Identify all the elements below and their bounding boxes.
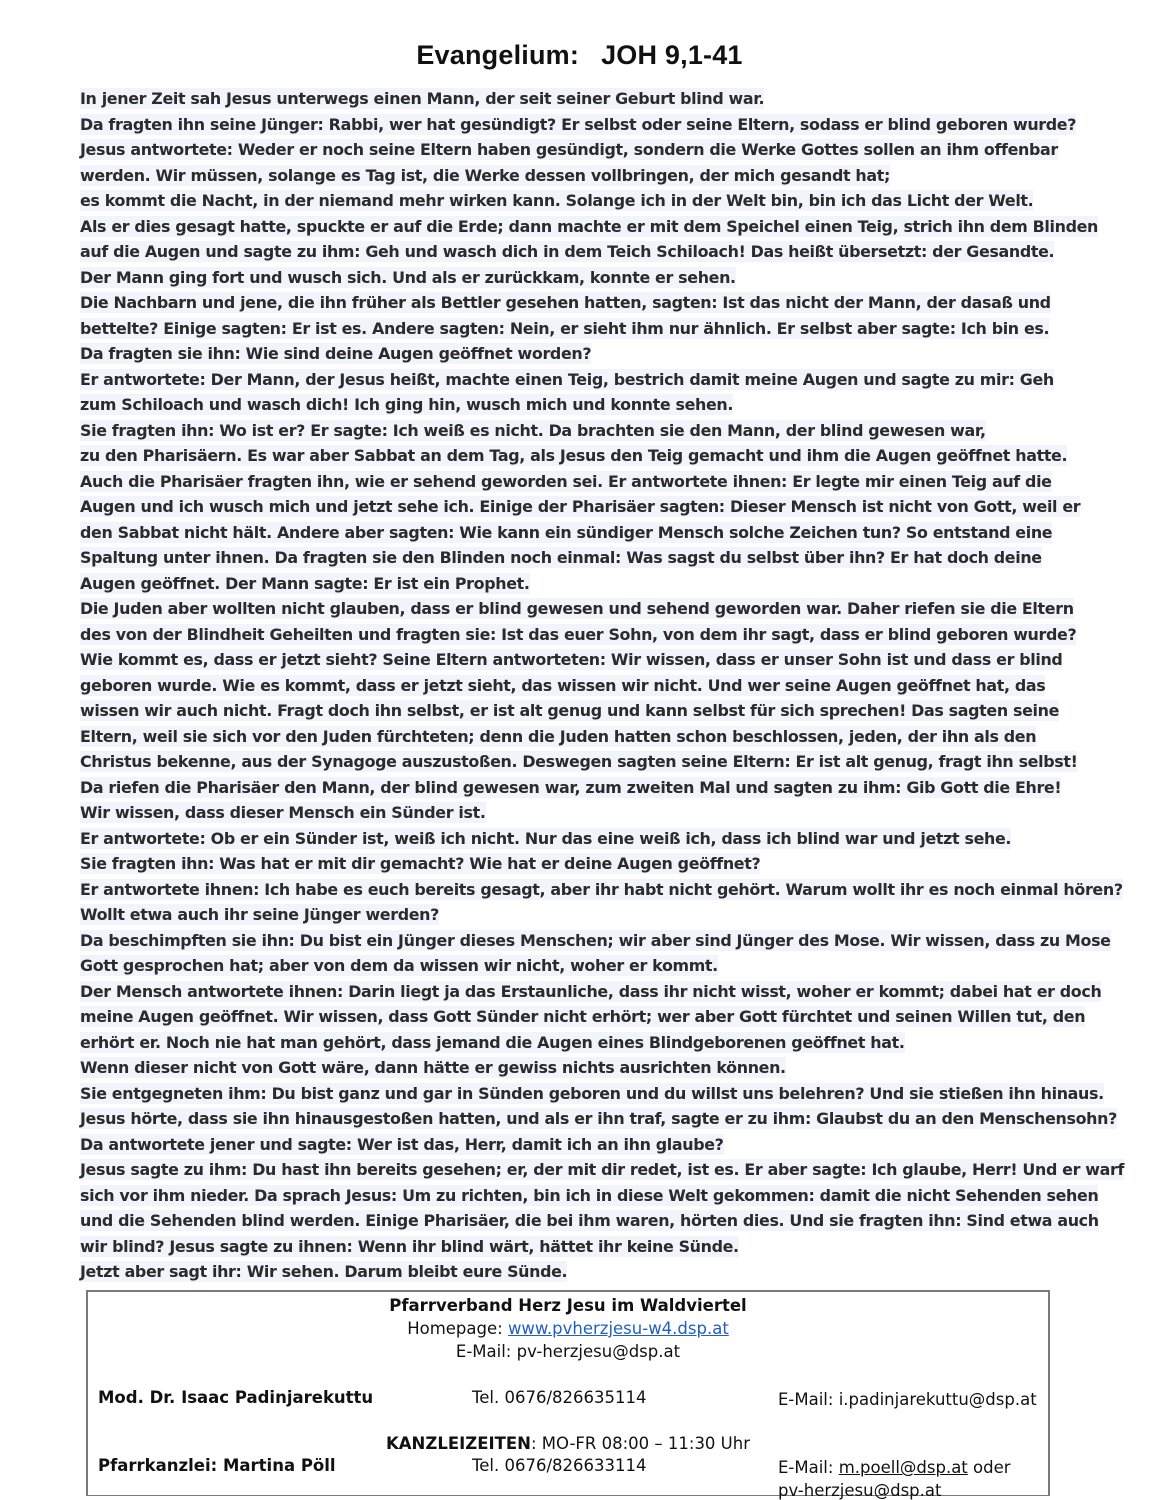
gospel-line-text: Die Nachbarn und jene, die ihn früher al… [80,292,1051,313]
office-tel: Tel. 0676/826633114 [472,1456,647,1475]
gospel-line: Wollt etwa auch ihr seine Jünger werden? [80,902,1140,928]
moderator-name: Mod. Dr. Isaac Padinjarekuttu [98,1388,373,1407]
office-email-suffix: oder [968,1458,1011,1477]
gospel-line-text: wissen wir auch nicht. Fragt doch ihn se… [80,700,1059,721]
gospel-line-text: den Sabbat nicht hält. Andere aber sagte… [80,522,1052,543]
gospel-line-text: erhört er. Noch nie hat man gehört, dass… [80,1032,905,1053]
gospel-line-text: geboren wurde. Wie es kommt, dass er jet… [80,675,1045,696]
gospel-line: und die Sehenden blind werden. Einige Ph… [80,1208,1140,1234]
gospel-line-text: Sie entgegneten ihm: Du bist ganz und ga… [80,1083,1104,1104]
gospel-line-text: Wie kommt es, dass er jetzt sieht? Seine… [80,649,1062,670]
gospel-line-text: Jetzt aber sagt ihr: Wir sehen. Darum bl… [80,1261,567,1282]
gospel-line: Sie fragten ihn: Wo ist er? Er sagte: Ic… [80,418,1140,444]
gospel-line: geboren wurde. Wie es kommt, dass er jet… [80,673,1140,699]
gospel-line: Christus bekenne, aus der Synagoge auszu… [80,749,1140,775]
gospel-line: werden. Wir müssen, solange es Tag ist, … [80,163,1140,189]
gospel-line-text: zum Schiloach und wasch dich! Ich ging h… [80,394,733,415]
gospel-line: auf die Augen und sagte zu ihm: Geh und … [80,239,1140,265]
gospel-line: Da antwortete jener und sagte: Wer ist d… [80,1132,1140,1158]
gospel-line: Der Mensch antwortete ihnen: Darin liegt… [80,979,1140,1005]
gospel-line: Jesus antwortete: Weder er noch seine El… [80,137,1140,163]
gospel-line-text: Sie fragten ihn: Was hat er mit dir gema… [80,853,760,874]
gospel-line: Jesus sagte zu ihm: Du hast ihn bereits … [80,1157,1140,1183]
gospel-line-text: bettelte? Einige sagten: Er ist es. Ande… [80,318,1049,339]
gospel-line-text: Die Juden aber wollten nicht glauben, da… [80,598,1074,619]
gospel-line-text: Er antwortete: Der Mann, der Jesus heißt… [80,369,1054,390]
gospel-line-text: Da fragten ihn seine Jünger: Rabbi, wer … [80,114,1076,135]
gospel-line: Augen geöffnet. Der Mann sagte: Er ist e… [80,571,1140,597]
gospel-line-text: Augen und ich wusch mich und jetzt sehe … [80,496,1080,517]
gospel-line: Da beschimpften sie ihn: Du bist ein Jün… [80,928,1140,954]
gospel-line: Wenn dieser nicht von Gott wäre, dann hä… [80,1055,1140,1081]
gospel-line-text: Christus bekenne, aus der Synagoge auszu… [80,751,1077,772]
gospel-line-text: und die Sehenden blind werden. Einige Ph… [80,1210,1099,1231]
gospel-line: Da riefen die Pharisäer den Mann, der bl… [80,775,1140,801]
gospel-line-text: Wollt etwa auch ihr seine Jünger werden? [80,904,439,925]
gospel-line-text: Sie fragten ihn: Wo ist er? Er sagte: Ic… [80,420,986,441]
gospel-line: Die Juden aber wollten nicht glauben, da… [80,596,1140,622]
gospel-line: Augen und ich wusch mich und jetzt sehe … [80,494,1140,520]
gospel-line: Sie entgegneten ihm: Du bist ganz und ga… [80,1081,1140,1107]
gospel-line-text: es kommt die Nacht, in der niemand mehr … [80,190,1033,211]
gospel-line: Die Nachbarn und jene, die ihn früher al… [80,290,1140,316]
office-email-alt: pv-herzjesu@dsp.at [778,1481,941,1500]
gospel-line-text: sich vor ihm nieder. Da sprach Jesus: Um… [80,1185,1098,1206]
org-email: E-Mail: pv-herzjesu@dsp.at [88,1342,1048,1361]
gospel-line: erhört er. Noch nie hat man gehört, dass… [80,1030,1140,1056]
moderator-email: E-Mail: i.padinjarekuttu@dsp.at [778,1388,1037,1411]
gospel-line-text: Der Mensch antwortete ihnen: Darin liegt… [80,981,1101,1002]
gospel-line: es kommt die Nacht, in der niemand mehr … [80,188,1140,214]
office-email: E-Mail: m.poell@dsp.at oder pv-herzjesu@… [778,1456,1011,1500]
gospel-text: In jener Zeit sah Jesus unterwegs einen … [80,86,1140,1285]
gospel-line-text: Der Mann ging fort und wusch sich. Und a… [80,267,736,288]
gospel-line-text: meine Augen geöffnet. Wir wissen, dass G… [80,1006,1085,1027]
office-hours-label: KANZLEIZEITEN [386,1434,531,1453]
gospel-line-text: Er antwortete: Ob er ein Sünder ist, wei… [80,828,1011,849]
gospel-line-text: In jener Zeit sah Jesus unterwegs einen … [80,88,764,109]
gospel-line-text: Er antwortete ihnen: Ich habe es euch be… [80,879,1123,900]
gospel-line: Wie kommt es, dass er jetzt sieht? Seine… [80,647,1140,673]
title-reference: JOH 9,1-41 [601,40,743,70]
office-email-link[interactable]: m.poell@dsp.at [839,1458,968,1477]
homepage-link[interactable]: www.pvherzjesu-w4.dsp.at [508,1319,729,1338]
moderator-tel: Tel. 0676/826635114 [472,1388,647,1407]
gospel-line: Der Mann ging fort und wusch sich. Und a… [80,265,1140,291]
gospel-line-text: auf die Augen und sagte zu ihm: Geh und … [80,241,1054,262]
gospel-line: Da fragten sie ihn: Wie sind deine Augen… [80,341,1140,367]
gospel-line-text: werden. Wir müssen, solange es Tag ist, … [80,165,890,186]
homepage-label: Homepage: [407,1319,508,1338]
gospel-line: Als er dies gesagt hatte, spuckte er auf… [80,214,1140,240]
gospel-line: sich vor ihm nieder. Da sprach Jesus: Um… [80,1183,1140,1209]
gospel-line: Gott gesprochen hat; aber von dem da wis… [80,953,1140,979]
gospel-line: des von der Blindheit Geheilten und frag… [80,622,1140,648]
gospel-line-text: Augen geöffnet. Der Mann sagte: Er ist e… [80,573,530,594]
gospel-line: Spaltung unter ihnen. Da fragten sie den… [80,545,1140,571]
gospel-line-text: des von der Blindheit Geheilten und frag… [80,624,1076,645]
gospel-line-text: Da fragten sie ihn: Wie sind deine Augen… [80,343,591,364]
gospel-line-text: Da beschimpften sie ihn: Du bist ein Jün… [80,930,1111,951]
gospel-line-text: Wenn dieser nicht von Gott wäre, dann hä… [80,1057,786,1078]
gospel-line: Jetzt aber sagt ihr: Wir sehen. Darum bl… [80,1259,1140,1285]
homepage-line: Homepage: www.pvherzjesu-w4.dsp.at [88,1319,1048,1338]
gospel-line-text: Als er dies gesagt hatte, spuckte er auf… [80,216,1098,237]
gospel-line-text: zu den Pharisäern. Es war aber Sabbat an… [80,445,1067,466]
gospel-line-text: Wir wissen, dass dieser Mensch ein Sünde… [80,802,486,823]
gospel-line: Eltern, weil sie sich vor den Juden fürc… [80,724,1140,750]
office-hours: KANZLEIZEITEN: MO-FR 08:00 – 11:30 Uhr [88,1434,1048,1453]
gospel-line-text: Spaltung unter ihnen. Da fragten sie den… [80,547,1042,568]
gospel-line-text: wir blind? Jesus sagte zu ihnen: Wenn ih… [80,1236,739,1257]
gospel-line: Auch die Pharisäer fragten ihn, wie er s… [80,469,1140,495]
org-name: Pfarrverband Herz Jesu im Waldviertel [88,1296,1048,1315]
contact-box: Pfarrverband Herz Jesu im Waldviertel Ho… [86,1290,1050,1496]
office-email-prefix: E-Mail: [778,1458,839,1477]
gospel-line: Jesus hörte, dass sie ihn hinausgestoßen… [80,1106,1140,1132]
gospel-line: wissen wir auch nicht. Fragt doch ihn se… [80,698,1140,724]
gospel-line-text: Eltern, weil sie sich vor den Juden fürc… [80,726,1036,747]
gospel-line-text: Jesus hörte, dass sie ihn hinausgestoßen… [80,1108,1117,1129]
gospel-line-text: Auch die Pharisäer fragten ihn, wie er s… [80,471,1052,492]
gospel-line: bettelte? Einige sagten: Er ist es. Ande… [80,316,1140,342]
gospel-line: In jener Zeit sah Jesus unterwegs einen … [80,86,1140,112]
gospel-line: wir blind? Jesus sagte zu ihnen: Wenn ih… [80,1234,1140,1260]
gospel-line-text: Da riefen die Pharisäer den Mann, der bl… [80,777,1061,798]
page-title: Evangelium:JOH 9,1-41 [0,40,1159,71]
gospel-line-text: Gott gesprochen hat; aber von dem da wis… [80,955,718,976]
gospel-line: zu den Pharisäern. Es war aber Sabbat an… [80,443,1140,469]
gospel-line: Sie fragten ihn: Was hat er mit dir gema… [80,851,1140,877]
gospel-line: meine Augen geöffnet. Wir wissen, dass G… [80,1004,1140,1030]
gospel-line-text: Jesus antwortete: Weder er noch seine El… [80,139,1058,160]
office-name: Pfarrkanzlei: Martina Pöll [98,1456,336,1475]
gospel-line: Da fragten ihn seine Jünger: Rabbi, wer … [80,112,1140,138]
gospel-line: Er antwortete: Ob er ein Sünder ist, wei… [80,826,1140,852]
office-hours-value: : MO-FR 08:00 – 11:30 Uhr [531,1434,750,1453]
title-prefix: Evangelium: [416,40,579,70]
gospel-line: Er antwortete: Der Mann, der Jesus heißt… [80,367,1140,393]
gospel-line-text: Jesus sagte zu ihm: Du hast ihn bereits … [80,1159,1124,1180]
gospel-line: zum Schiloach und wasch dich! Ich ging h… [80,392,1140,418]
gospel-line-text: Da antwortete jener und sagte: Wer ist d… [80,1134,724,1155]
gospel-line: Wir wissen, dass dieser Mensch ein Sünde… [80,800,1140,826]
gospel-line: den Sabbat nicht hält. Andere aber sagte… [80,520,1140,546]
gospel-line: Er antwortete ihnen: Ich habe es euch be… [80,877,1140,903]
